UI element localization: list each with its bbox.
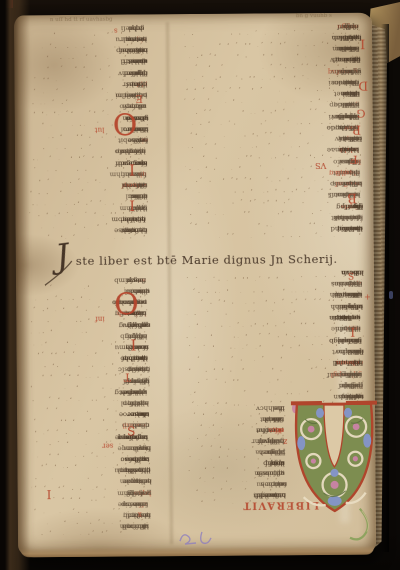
red-word: ser [102, 442, 113, 449]
red-initial-I: I [130, 336, 136, 351]
red-initial-I: I [129, 197, 135, 211]
red-initial-T: T [124, 372, 131, 383]
red-initial-O: O [113, 111, 138, 141]
red-word: VS [315, 161, 326, 169]
fore-edge-shadow [381, 24, 389, 552]
illuminated-initial-U [289, 401, 380, 547]
red-word: lut [95, 126, 105, 133]
manuscript-photo: , ˏ· ' ' ` ` ' `ˏ ', ʼˏ ʼ `' ˏ ` ·· `, ·… [0, 0, 400, 570]
red-initial-I: I [360, 37, 365, 50]
pencil-annotation [176, 528, 216, 546]
red-initial-I: I [129, 161, 135, 176]
red-initial-D: D [358, 80, 368, 92]
red-initial-x: x [138, 511, 142, 518]
blue-ink-fleck [389, 291, 393, 299]
manuscript-page: , ˏ· ' ' ` ` ' `ˏ ', ʼˏ ʼ `' ˏ ` ·· `, ·… [14, 13, 376, 558]
red-initial-G: G [357, 108, 366, 119]
red-initial-P: P [353, 124, 361, 136]
red-initial-E: E [135, 92, 142, 102]
spine-shadow [0, 0, 30, 570]
red-initial-B: B [347, 191, 357, 204]
red-initial-I: I [47, 488, 52, 500]
red-word: inf [95, 315, 104, 322]
red-initial-S: S [348, 274, 354, 283]
initial-tail [350, 509, 368, 540]
red-initial-+: + [364, 294, 371, 302]
red-initial-F: F [350, 154, 358, 165]
red-initial-s: s [114, 27, 118, 34]
red-initial-I: I [350, 326, 355, 338]
red-initial-S: S [127, 425, 135, 437]
red-initial-O: O [114, 290, 139, 320]
red-initial-z: z [283, 437, 287, 445]
